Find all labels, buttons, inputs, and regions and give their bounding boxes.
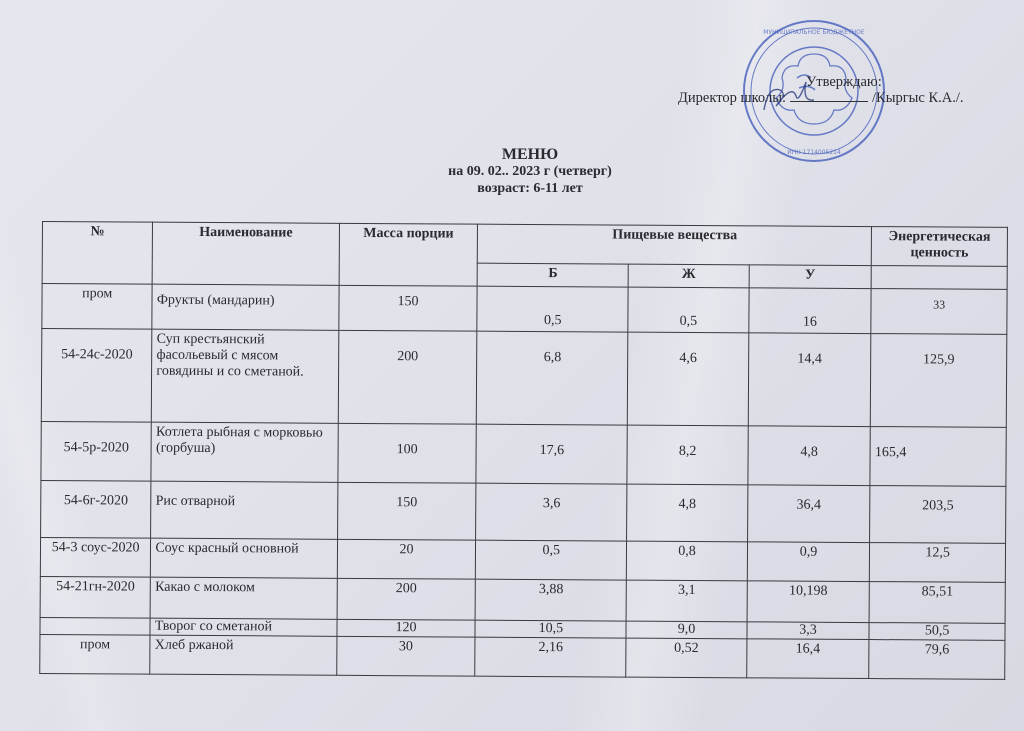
cell-name: Котлета рыбная с морковью (горбуша) bbox=[151, 422, 338, 482]
cell-name: Творог со сметаной bbox=[150, 618, 336, 636]
cell-b: 0,5 bbox=[476, 540, 627, 580]
menu-table: № Наименование Масса порции Пищевые веще… bbox=[39, 221, 1008, 680]
col-b-header: Б bbox=[478, 263, 629, 287]
svg-text:ИНН 1714005214: ИНН 1714005214 bbox=[787, 149, 841, 156]
col-num-header: № bbox=[42, 222, 153, 285]
signature-line bbox=[790, 101, 868, 102]
menu-date: на 09. 02.. 2023 г (четверг) bbox=[400, 163, 660, 180]
cell-u: 10,198 bbox=[747, 581, 870, 623]
svg-text:МУНИЦИПАЛЬНОЕ БЮДЖЕТНОЕ: МУНИЦИПАЛЬНОЕ БЮДЖЕТНОЕ bbox=[763, 29, 865, 36]
cell-b: 0,5 bbox=[477, 286, 628, 332]
cell-name: Рис отварной bbox=[151, 481, 338, 539]
cell-zh: 4,6 bbox=[628, 332, 749, 426]
cell-name: Соус красный основной bbox=[151, 538, 338, 578]
approve-label: Утверждаю: bbox=[806, 74, 882, 91]
col-energy-header: Энергетическая ценность bbox=[872, 227, 1008, 267]
page-title: МЕНЮ bbox=[400, 146, 660, 163]
table-row: пром Фрукты (мандарин) 150 0,5 0,5 16 33 bbox=[42, 284, 1007, 335]
cell-zh: 8,2 bbox=[627, 425, 748, 485]
cell-energy: 50,5 bbox=[869, 623, 1005, 641]
cell-energy: 79,6 bbox=[869, 640, 1005, 680]
cell-energy: 203,5 bbox=[870, 486, 1006, 544]
table-row: пром Хлеб ржаной 30 2,16 0,52 16,4 79,6 bbox=[40, 634, 1005, 679]
col-energy-sub bbox=[871, 266, 1007, 290]
table-row: 54-3 соус-2020 Соус красный основной 20 … bbox=[40, 537, 1005, 582]
cell-num: 54-3 соус-2020 bbox=[40, 537, 151, 577]
table-header-row: № Наименование Масса порции Пищевые веще… bbox=[42, 222, 1007, 267]
cell-name: Какао с молоком bbox=[150, 577, 337, 619]
cell-name: Хлеб ржаной bbox=[150, 635, 337, 675]
cell-energy: 165,4 bbox=[870, 427, 1006, 487]
cell-b: 3,6 bbox=[476, 483, 627, 541]
cell-mass: 150 bbox=[339, 285, 478, 331]
cell-u: 4,8 bbox=[748, 426, 871, 486]
cell-zh: 0,52 bbox=[626, 638, 747, 678]
cell-num: 54-5р-2020 bbox=[41, 421, 152, 481]
cell-num: пром bbox=[40, 634, 151, 674]
col-name-header: Наименование bbox=[152, 222, 339, 285]
cell-mass: 20 bbox=[337, 539, 476, 579]
cell-zh: 0,5 bbox=[628, 287, 749, 333]
cell-zh: 3,1 bbox=[626, 580, 747, 622]
table-row: 54-6г-2020 Рис отварной 150 3,6 4,8 36,4… bbox=[41, 480, 1006, 543]
cell-name: Фрукты (мандарин) bbox=[152, 284, 339, 330]
cell-b: 6,8 bbox=[477, 331, 628, 425]
director-name: /Кыргыс К.А./. bbox=[872, 90, 964, 106]
cell-u: 0,9 bbox=[747, 542, 870, 582]
cell-num: 54-6г-2020 bbox=[41, 480, 152, 538]
cell-energy: 85,51 bbox=[869, 582, 1005, 624]
director-label: Директор школы: bbox=[678, 90, 786, 106]
cell-name: Суп крестьянский фасольевый с мясом говя… bbox=[152, 329, 339, 423]
cell-num: 54-24с-2020 bbox=[41, 329, 152, 423]
cell-num: 54-21гн-2020 bbox=[40, 576, 151, 618]
cell-u: 36,4 bbox=[747, 485, 870, 543]
cell-u: 16 bbox=[749, 288, 872, 334]
cell-num bbox=[40, 617, 150, 635]
col-u-header: У bbox=[749, 265, 872, 289]
table-row: 54-5р-2020 Котлета рыбная с морковью (го… bbox=[41, 421, 1006, 486]
cell-energy: 12,5 bbox=[870, 543, 1006, 583]
col-nutrients-header: Пищевые вещества bbox=[478, 224, 872, 265]
cell-zh: 4,8 bbox=[627, 484, 748, 542]
col-mass-header: Масса порции bbox=[339, 223, 478, 286]
cell-mass: 150 bbox=[337, 482, 476, 540]
cell-b: 17,6 bbox=[476, 424, 627, 484]
cell-u: 14,4 bbox=[748, 333, 871, 427]
cell-mass: 100 bbox=[338, 423, 477, 483]
cell-num: пром bbox=[42, 284, 153, 330]
menu-title-block: МЕНЮ на 09. 02.. 2023 г (четверг) возрас… bbox=[400, 146, 660, 197]
cell-u: 3,3 bbox=[747, 622, 870, 640]
cell-energy: 125,9 bbox=[871, 334, 1007, 428]
cell-zh: 0,8 bbox=[627, 541, 748, 581]
table-row: 54-21гн-2020 Какао с молоком 200 3,88 3,… bbox=[40, 576, 1005, 623]
cell-mass: 200 bbox=[337, 578, 476, 620]
cell-u: 16,4 bbox=[746, 639, 869, 679]
cell-energy: 33 bbox=[871, 289, 1007, 335]
cell-b: 3,88 bbox=[475, 579, 626, 621]
cell-b: 2,16 bbox=[475, 637, 626, 677]
cell-mass: 30 bbox=[336, 636, 475, 676]
cell-zh: 9,0 bbox=[626, 621, 747, 639]
menu-age: возраст: 6-11 лет bbox=[400, 180, 660, 197]
table-row: 54-24с-2020 Суп крестьянский фасольевый … bbox=[41, 329, 1007, 428]
cell-mass: 200 bbox=[338, 330, 477, 424]
col-zh-header: Ж bbox=[628, 264, 749, 288]
cell-mass: 120 bbox=[337, 619, 476, 637]
cell-b: 10,5 bbox=[475, 620, 626, 638]
